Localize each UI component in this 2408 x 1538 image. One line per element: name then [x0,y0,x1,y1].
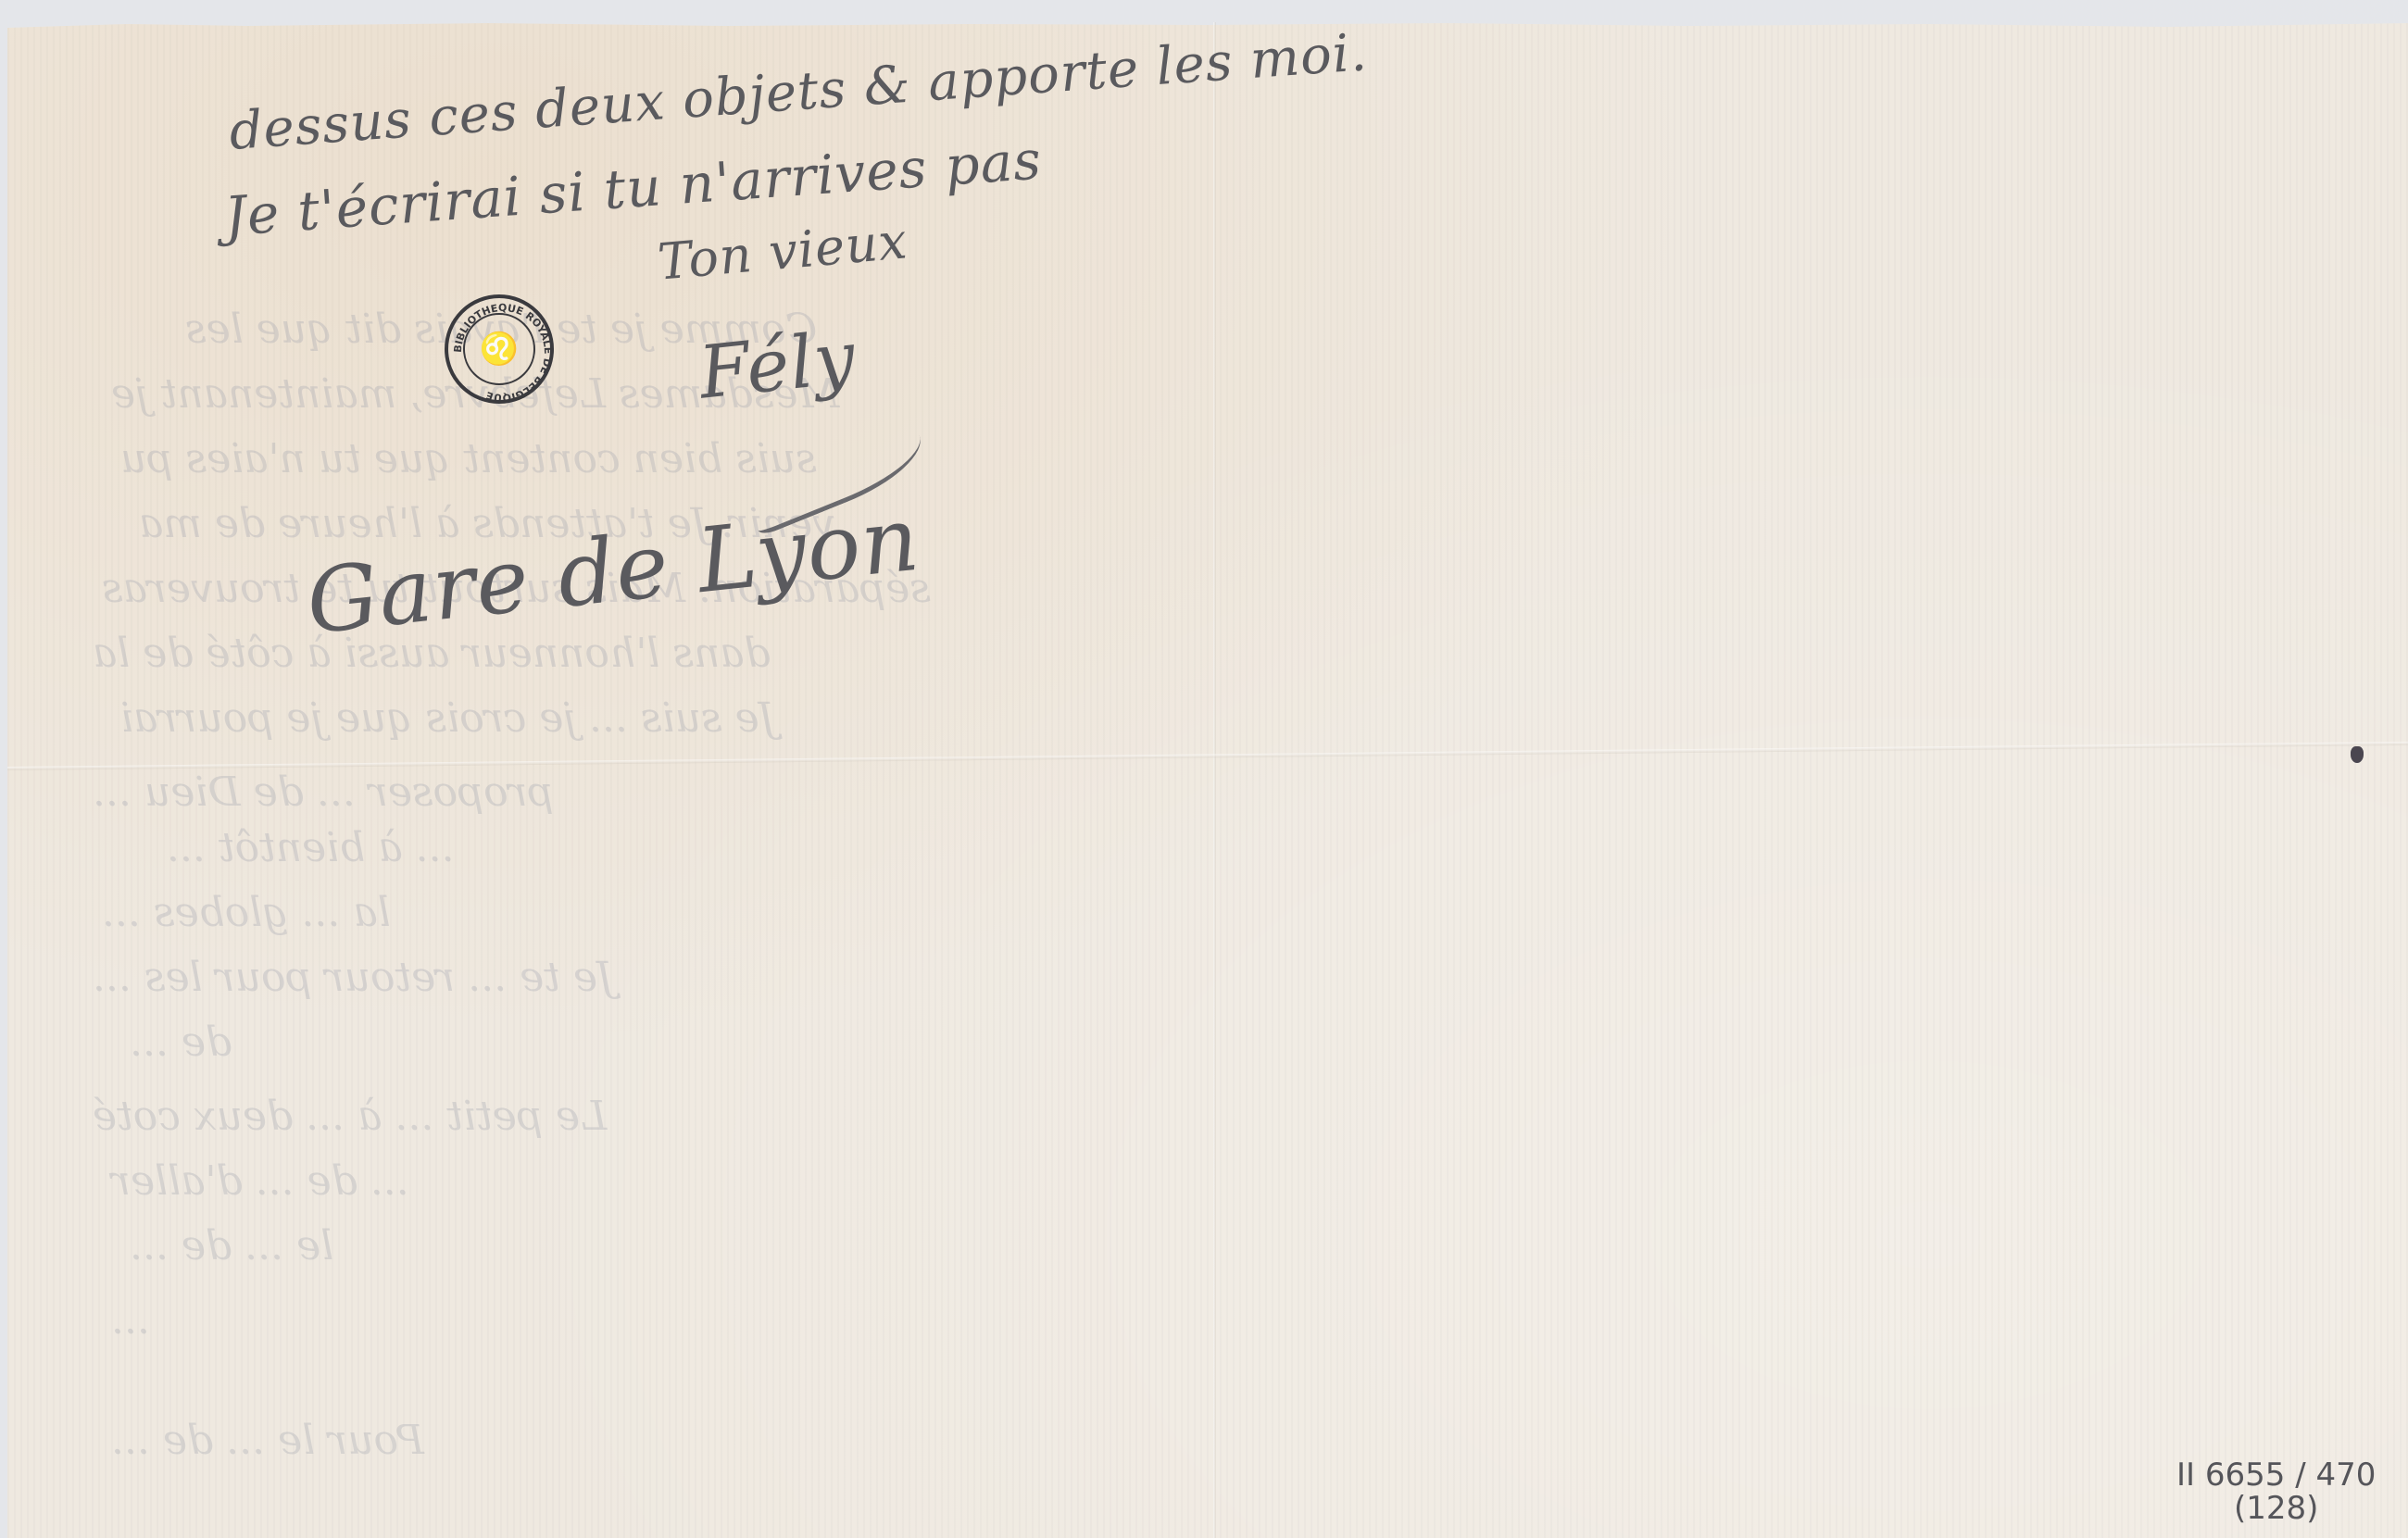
shelfmark: II 6655 / 470 (128) [2176,1458,2376,1525]
library-stamp: BIBLIOTHEQUE ROYALE DE BELGIQUE ♌ [445,294,554,404]
vertical-fold-line [1213,22,1216,1538]
ink-blot [2351,746,2364,763]
signature: Fély [696,316,860,415]
shelfmark-number: II 6655 / 470 [2176,1458,2376,1492]
lion-emblem-icon: ♌ [463,313,535,385]
shelfmark-item: (128) [2176,1492,2376,1525]
